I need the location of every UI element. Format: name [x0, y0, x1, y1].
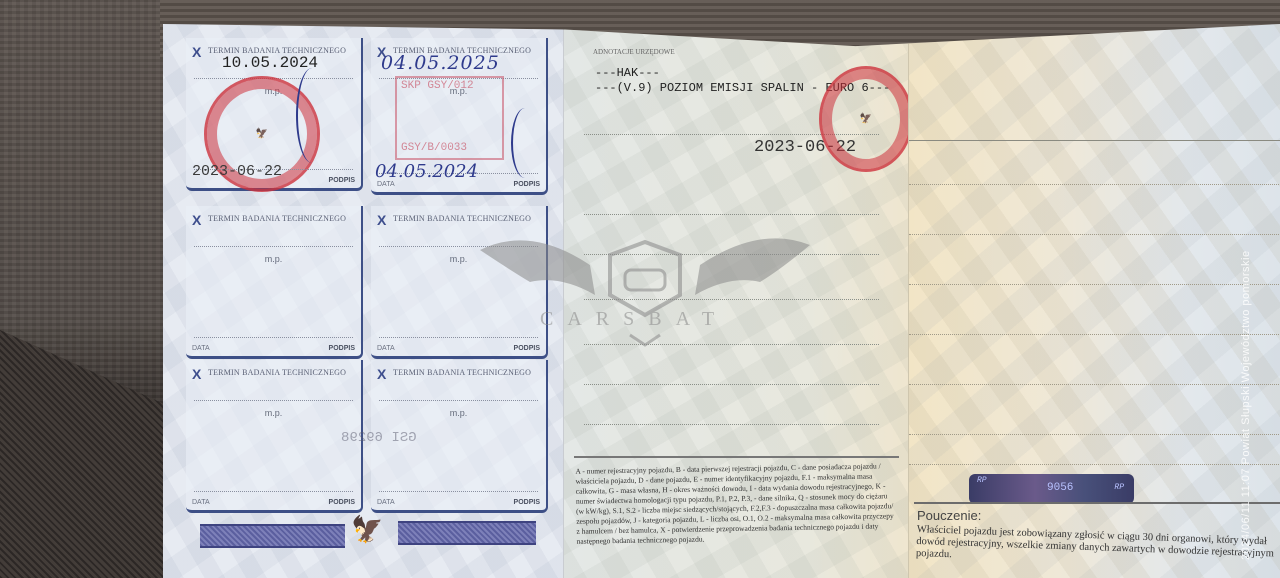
inspection-box-3: X TERMIN BADANIA TECHNICZNEGO m.p. DATA …	[186, 206, 363, 359]
security-band-right	[398, 521, 536, 545]
signature-label: PODPIS	[329, 499, 355, 506]
watermark-text: CARSBAT	[540, 308, 728, 331]
signature-label: PODPIS	[514, 181, 540, 188]
date-label: DATA	[192, 499, 210, 506]
mp-label: m.p.	[186, 408, 361, 418]
mp-label: m.p.	[371, 86, 546, 96]
hologram-security-sticker: RP RP 9056	[969, 474, 1134, 504]
date-label: DATA	[377, 181, 395, 188]
inspection-box-6: X TERMIN BADANIA TECHNICZNEGO m.p. GSI 6…	[371, 360, 548, 513]
office-round-stamp: 🦅	[819, 66, 913, 172]
stamp-eagle-icon: 🦅	[256, 129, 268, 140]
next-inspection-date: 04.05.2025	[381, 52, 500, 74]
annotation-line: ---HAK---	[595, 66, 660, 80]
notice-body: Właściciel pojazdu jest zobowiązany zgło…	[916, 524, 1277, 573]
signature-label: PODPIS	[329, 177, 355, 184]
signature-label: PODPIS	[329, 345, 355, 352]
signature-mark	[511, 108, 539, 178]
security-band-left	[200, 524, 345, 548]
inspection-date: 04.05.2024	[375, 161, 478, 182]
stamp-eagle-icon: 🦅	[860, 114, 872, 125]
inspection-marker: X	[192, 212, 201, 228]
inspection-box-2: X TERMIN BADANIA TECHNICZNEGO 04.05.2025…	[371, 38, 548, 195]
field-code-legend: A - numer rejestracyjny pojazdu, B - dat…	[575, 461, 896, 547]
mp-label: m.p.	[371, 408, 546, 418]
photo-timestamp-overlay: 2024/06/11 11:07 Powiat Słupski Wojewódz…	[1240, 250, 1252, 560]
inspection-marker: X	[192, 366, 201, 382]
annotations-heading: ADNOTACJE URZĘDOWE	[593, 48, 675, 56]
mp-label: m.p.	[186, 254, 361, 264]
notice-page: RP RP 9056 Pouczenie: Właściciel pojazdu…	[908, 24, 1280, 578]
inspection-box-1: X TERMIN BADANIA TECHNICZNEGO 10.05.2024…	[186, 38, 363, 191]
carsbat-watermark: CARSBAT	[470, 220, 820, 350]
inspection-box-title: TERMIN BADANIA TECHNICZNEGO	[393, 368, 531, 377]
stamp-date: 2023-06-22	[192, 163, 282, 180]
serial-imprint: GSI 69298	[341, 430, 417, 446]
polish-eagle-icon: 🦅	[351, 514, 383, 545]
inspection-marker: X	[192, 44, 201, 60]
next-inspection-date: 10.05.2024	[222, 54, 318, 72]
date-label: DATA	[192, 345, 210, 352]
inspection-marker: X	[377, 366, 386, 382]
date-label: DATA	[377, 345, 395, 352]
inspection-box-title: TERMIN BADANIA TECHNICZNEGO	[208, 368, 346, 377]
inspection-box-title: TERMIN BADANIA TECHNICZNEGO	[208, 214, 346, 223]
signature-mark	[296, 68, 328, 163]
inspection-marker: X	[377, 212, 386, 228]
signature-label: PODPIS	[514, 499, 540, 506]
date-label: DATA	[377, 499, 395, 506]
hologram-number: 9056	[1047, 482, 1073, 494]
notice-title: Pouczenie:	[917, 508, 981, 523]
inspection-box-5: X TERMIN BADANIA TECHNICZNEGO m.p. DATA …	[186, 360, 363, 513]
